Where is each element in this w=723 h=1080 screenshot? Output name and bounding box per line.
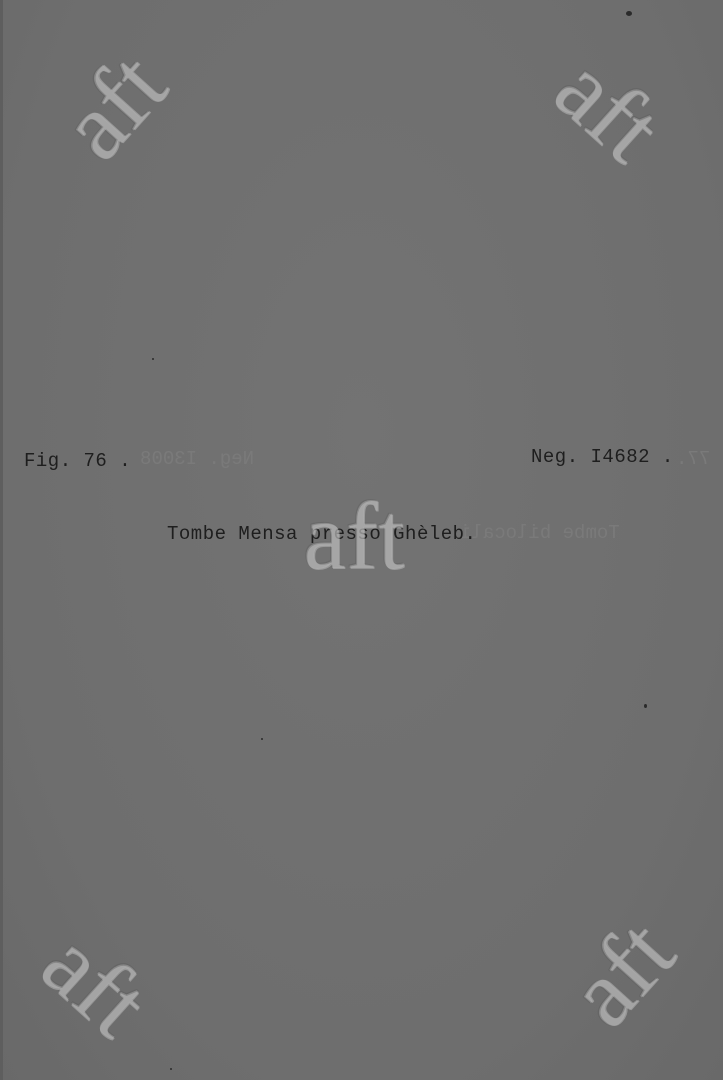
dust-speck (170, 1068, 172, 1070)
watermark-center: aft (303, 488, 404, 584)
dust-speck (152, 358, 154, 360)
figure-label: Fig. 76 . (24, 450, 131, 472)
dust-speck (261, 738, 263, 740)
watermark-bottom-left: aft (26, 913, 165, 1052)
dust-speck (644, 704, 647, 708)
watermark-top-right: aft (539, 38, 678, 177)
negative-number: Neg. I4682 . (531, 446, 674, 468)
bleed-through-number: 77. (676, 448, 710, 470)
watermark-bottom-right: aft (551, 903, 690, 1042)
document-page: Neg. I3008 Tombe bilocali 77. Fig. 76 . … (0, 0, 723, 1080)
page-edge (0, 0, 3, 1080)
bleed-through-negative: Neg. I3008 (140, 448, 254, 470)
dust-speck (626, 11, 632, 16)
bleed-through-caption: Tombe bilocali (460, 522, 620, 544)
watermark-top-left: aft (43, 36, 182, 175)
